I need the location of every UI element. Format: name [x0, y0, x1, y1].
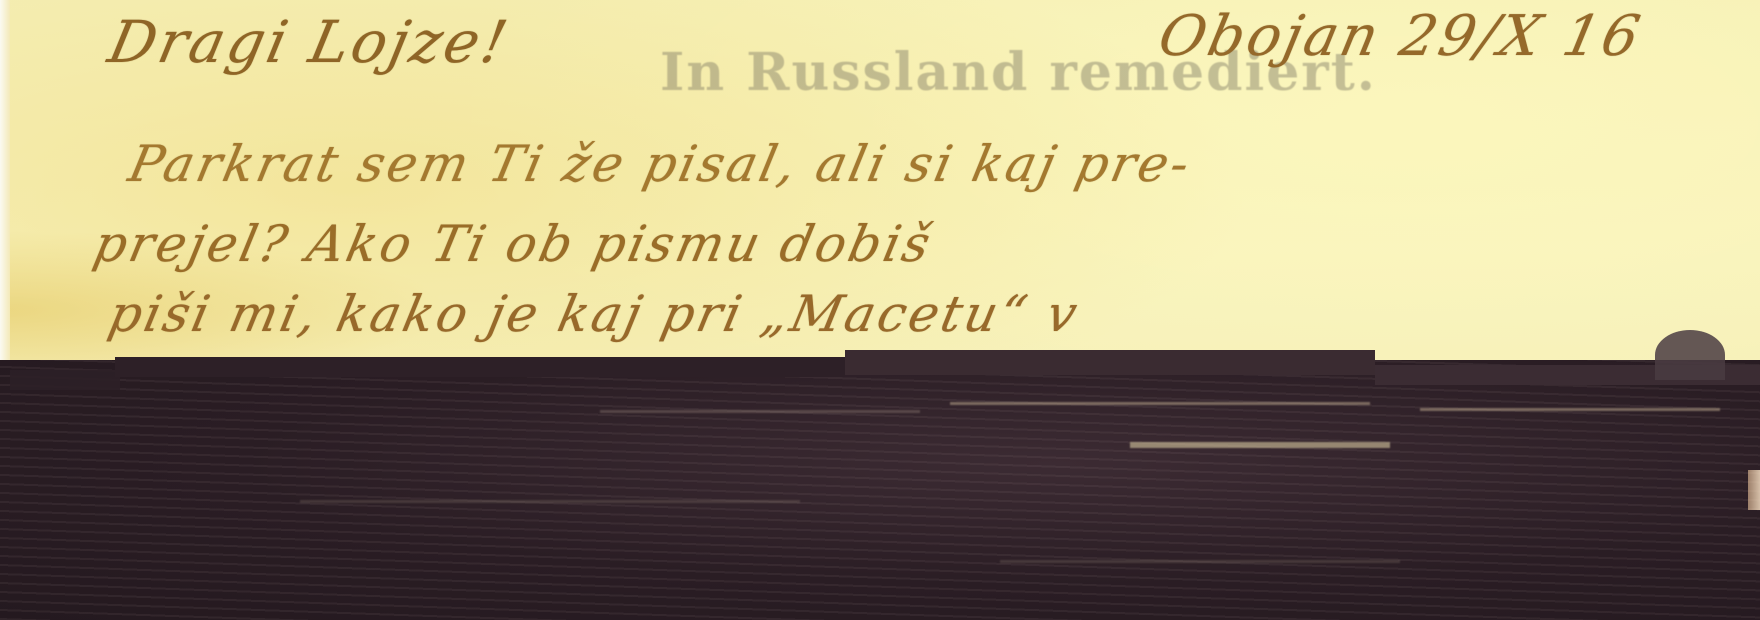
text-line-3: piši mi, kako je kaj pri „Macetu“ v [104, 285, 1085, 343]
paper-crease [1000, 560, 1400, 563]
paper-tear [1748, 470, 1760, 510]
censor-ink-edge [845, 350, 1375, 375]
paper-crease [1420, 408, 1720, 411]
paper-crease [600, 410, 920, 413]
paper-crease [300, 500, 800, 503]
paper-crease [950, 402, 1370, 405]
date-line: Obojan 29/X 16 [1153, 4, 1648, 69]
censor-ink-smudge [1655, 330, 1725, 380]
text-line-2: prejel? Ako Ti ob pismu dobiš [89, 215, 938, 273]
postcard: In Russland remediert. Dragi Lojze! Oboj… [0, 0, 1760, 620]
text-line-1: Parkrat sem Ti že pisal, ali si kaj pre- [124, 135, 1197, 193]
censor-ink-edge [115, 357, 845, 377]
paper-crease [1130, 442, 1390, 448]
censored-region [0, 360, 1760, 620]
greeting: Dragi Lojze! [103, 8, 516, 76]
censor-ink-edge [10, 370, 120, 390]
